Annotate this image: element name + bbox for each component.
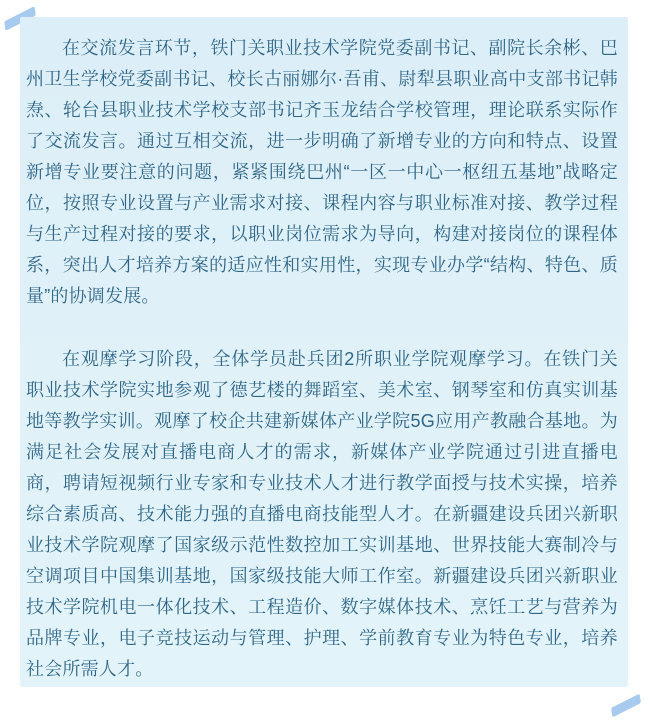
article-card: 在交流发言环节，铁门关职业技术学院党委副书记、副院长余彬、巴州卫生学校党委副书记… xyxy=(20,17,628,687)
article-page: 在交流发言环节，铁门关职业技术学院党委副书记、副院长余彬、巴州卫生学校党委副书记… xyxy=(0,0,650,726)
paragraph-observation-study: 在观摩学习阶段，全体学员赴兵团2所职业学院观摩学习。在铁门关职业技术学院实地参观… xyxy=(26,344,618,685)
paragraph-exchange-session: 在交流发言环节，铁门关职业技术学院党委副书记、副院长余彬、巴州卫生学校党委副书记… xyxy=(26,33,618,312)
corner-accent-bottom-right xyxy=(611,694,641,718)
